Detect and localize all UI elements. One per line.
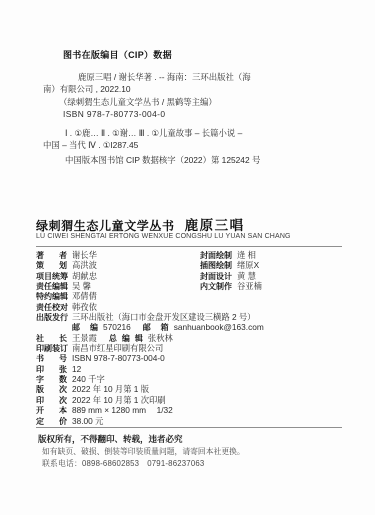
credit-value: 谢长华	[72, 250, 97, 260]
credit-value: 邓倩倩	[72, 291, 97, 301]
credit-row-sheets: 印 张12	[36, 364, 366, 374]
credit-label: 内文制作	[200, 282, 231, 292]
credit-value: 胡献忠	[72, 271, 97, 281]
cip-line: 鹿原三唱 / 谢长华著 . -- 海南：三环出版社（海	[43, 71, 251, 83]
email-address: sanhuanbook@163.com	[174, 322, 264, 332]
credit-row-isbn: 书 号ISBN 978-7-80773-004-0	[36, 353, 366, 363]
credit-value: 吴 馨	[72, 281, 91, 291]
cip-isbn-line: ISBN 978-7-80773-004-0	[43, 108, 251, 120]
price-value: 38.00 元	[72, 416, 103, 426]
credit-row-illustration: 插图绘制绪原X	[200, 260, 262, 270]
isbn-value: ISBN 978-7-80773-004-0	[72, 353, 165, 363]
credit-value: 南昌市红星印刷有限公司	[72, 343, 163, 353]
copyright-notice: 版权所有，不得翻印、转载，违者必究	[38, 433, 183, 445]
cip-description-paragraph: 鹿原三唱 / 谢长华著 . -- 海南：三环出版社（海 南）有限公司 , 202…	[43, 71, 251, 121]
cip-class-line: 中国 – 当代 Ⅳ . ①I287.45	[43, 139, 242, 151]
credit-row-layout: 内文制作谷亚楠	[200, 281, 262, 291]
credit-label: 出版发行	[36, 313, 67, 323]
credit-value: 三环出版社（海口市金盘开发区建设三横路 2 号）	[72, 312, 255, 322]
cip-line: 南）有限公司 , 2022.10	[43, 83, 251, 95]
divider-top	[36, 246, 342, 247]
credit-value: 889 mm × 1280 mm 1/32	[72, 405, 173, 415]
credit-row-wordcount: 字 数240 千字	[36, 374, 366, 384]
book-title: 鹿原三唱	[185, 214, 245, 234]
credit-row-postal: 邮 编570216邮 箱sanhuanbook@163.com	[36, 322, 366, 332]
credit-value: 王景霞	[72, 333, 97, 343]
colophon-table: 著 者谢长华 策 划高洪波 项目统筹胡献忠 责任编辑吴 馨 特约编辑邓倩倩 责任…	[36, 250, 366, 426]
cip-class-line: Ⅰ . ①鹿… Ⅱ . ①谢… Ⅲ . ①儿童故事 – 长篇小说 –	[43, 127, 242, 139]
credit-value: 谷亚楠	[237, 281, 262, 291]
credit-value: 韩孜依	[72, 302, 97, 312]
art-credits-column: 封面绘制逄 相 插图绘制绪原X 封面设计黄 慧 内文制作谷亚楠	[200, 250, 262, 291]
credit-row-format: 开 本889 mm × 1280 mm 1/32	[36, 405, 366, 415]
contact-phones: 联系电话：0898-68602853 0791-86237063	[42, 458, 204, 469]
credit-value: 2022 年 10 月第 1 次印刷	[72, 395, 166, 405]
credit-row-publisher: 出版发行三环出版社（海口市金盘开发区建设三横路 2 号）	[36, 312, 366, 322]
credit-value: 黄 慧	[237, 271, 256, 281]
credit-row-cover-design: 封面设计黄 慧	[200, 271, 262, 281]
credit-value: 张秋林	[148, 333, 173, 343]
credit-value: 240 千字	[72, 374, 105, 384]
colophon-page: 图书在版编目（CIP）数据 鹿原三唱 / 谢长华著 . -- 海南：三环出版社（…	[0, 0, 375, 515]
pinyin-title: LÜ CIWEI SHENGTAI ERTONG WENXUE CONGSHU …	[36, 233, 291, 240]
credit-row-proofreader: 责任校对韩孜依	[36, 302, 366, 312]
credit-value: 绪原X	[237, 260, 259, 270]
credit-value: 逄 相	[237, 250, 256, 260]
cip-classification-paragraph: Ⅰ . ①鹿… Ⅱ . ①谢… Ⅲ . ①儿童故事 – 长篇小说 – 中国 – …	[43, 127, 242, 152]
cip-record-number: 中国版本图书馆 CIP 数据核字（2022）第 125242 号	[65, 154, 260, 166]
credit-label: 定 价	[36, 417, 67, 427]
divider-bottom	[36, 427, 342, 428]
book-heading: 绿刺猬生态儿童文学丛书 鹿原三唱	[36, 214, 245, 234]
credit-value: 12	[72, 364, 81, 374]
quality-note: 如有缺页、破损、倒装等印装质量问题，请寄回本社更换。	[42, 446, 245, 457]
postal-code: 570216	[103, 322, 131, 332]
credit-value: 高洪波	[72, 260, 97, 270]
credit-row-price: 定 价38.00 元	[36, 416, 366, 426]
credit-row-special-editor: 特约编辑邓倩倩	[36, 291, 366, 301]
credit-value: 2022 年 10 月第 1 版	[72, 384, 149, 394]
credit-row-printer: 印刷装订南昌市红星印刷有限公司	[36, 343, 366, 353]
credit-label: 开 本	[36, 406, 67, 416]
credit-row-leaders: 社 长王景霞总 编 辑张秋林	[36, 333, 366, 343]
cip-line: （绿刺猬生态儿童文学丛书 / 黑鹤等主编）	[43, 96, 251, 108]
series-title: 绿刺猬生态儿童文学丛书	[36, 217, 175, 234]
credit-row-cover-art: 封面绘制逄 相	[200, 250, 262, 260]
credit-row-impression: 印 次2022 年 10 月第 1 次印刷	[36, 395, 366, 405]
cip-title: 图书在版编目（CIP）数据	[63, 48, 172, 61]
credit-row-edition: 版 次2022 年 10 月第 1 版	[36, 384, 366, 394]
